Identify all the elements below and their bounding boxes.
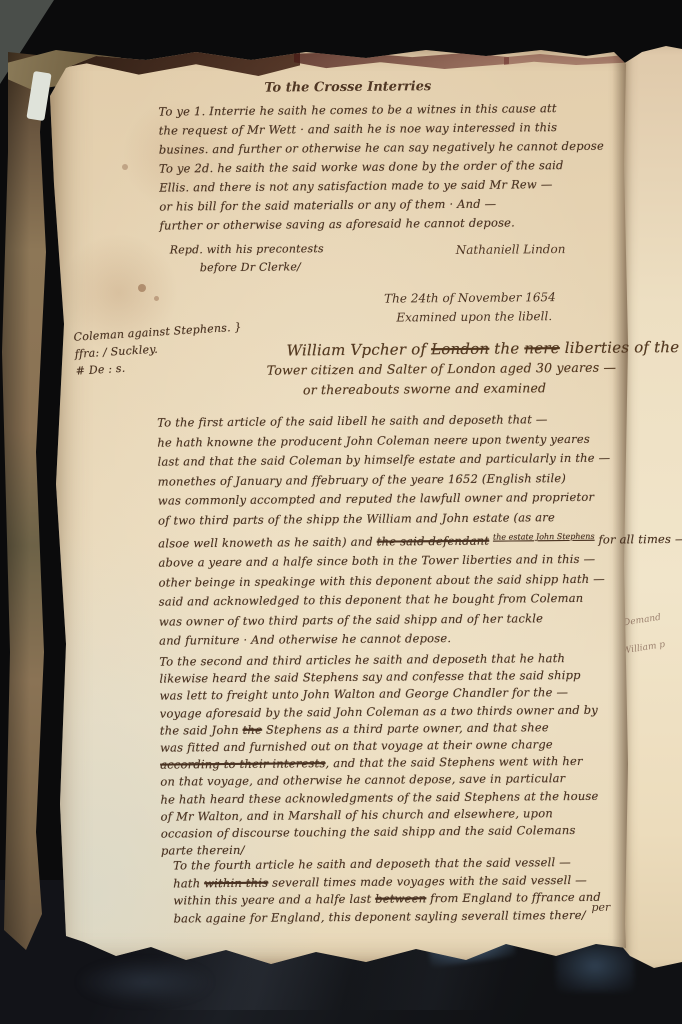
deponent-signature: Nathaniell Lindon	[456, 242, 566, 257]
manuscript-line: was commonly accompted and reputed the l…	[158, 487, 636, 511]
manuscript-line: and furniture · And otherwise he cannot …	[159, 628, 637, 652]
manuscript-line: Repd. with his precontests	[170, 240, 324, 259]
struck-text: London	[431, 340, 489, 359]
margin-case-note: Coleman against Stephens. }ffra: / Suckl…	[73, 318, 244, 379]
struck-text: the	[243, 723, 263, 737]
manuscript-line: Tower citizen and Salter of London aged …	[267, 357, 637, 380]
struck-text: according to their interests	[160, 756, 325, 771]
manuscript-line: before Dr Clerke/	[200, 258, 324, 277]
manuscript-line: or thereabouts sworne and examined	[303, 377, 637, 400]
examined-line: Examined upon the libell.	[396, 309, 552, 324]
struck-text: between	[375, 891, 426, 905]
section-heading: To the Crosse Interries	[264, 79, 431, 95]
deponent-introduction: William Vpcher of London the nere libert…	[287, 337, 638, 400]
manuscript-line: said and acknowledged to this deponent t…	[159, 589, 637, 613]
manuscript-line: further or otherwise saving as aforesaid…	[159, 212, 637, 235]
manuscript-line: back againe for England, this deponent s…	[173, 906, 633, 928]
cross-interrogatories-paragraph: To ye 1. Interrie he saith he comes to b…	[158, 98, 637, 235]
catchword: per	[591, 901, 610, 914]
struck-text: nere	[524, 339, 560, 357]
deposition-article-1: To the first article of the said libell …	[157, 409, 637, 651]
manuscript-photo: Demand William p To the Crosse Interries…	[0, 0, 682, 1024]
repetition-note: Repd. with his precontestsbefore Dr Cler…	[170, 240, 324, 277]
date-line: The 24th of November 1654	[384, 290, 556, 305]
deposition-articles-2-3: To the second and third articles he sait…	[159, 649, 641, 860]
handwriting-layer: To the Crosse Interries To ye 1. Interri…	[0, 0, 682, 1024]
deposition-article-4: To the fourth article he saith and depos…	[173, 853, 634, 927]
interlined-text: the estate John Stephens	[493, 532, 595, 542]
struck-text: the said defendant	[377, 534, 490, 549]
struck-text: within this	[204, 875, 268, 890]
